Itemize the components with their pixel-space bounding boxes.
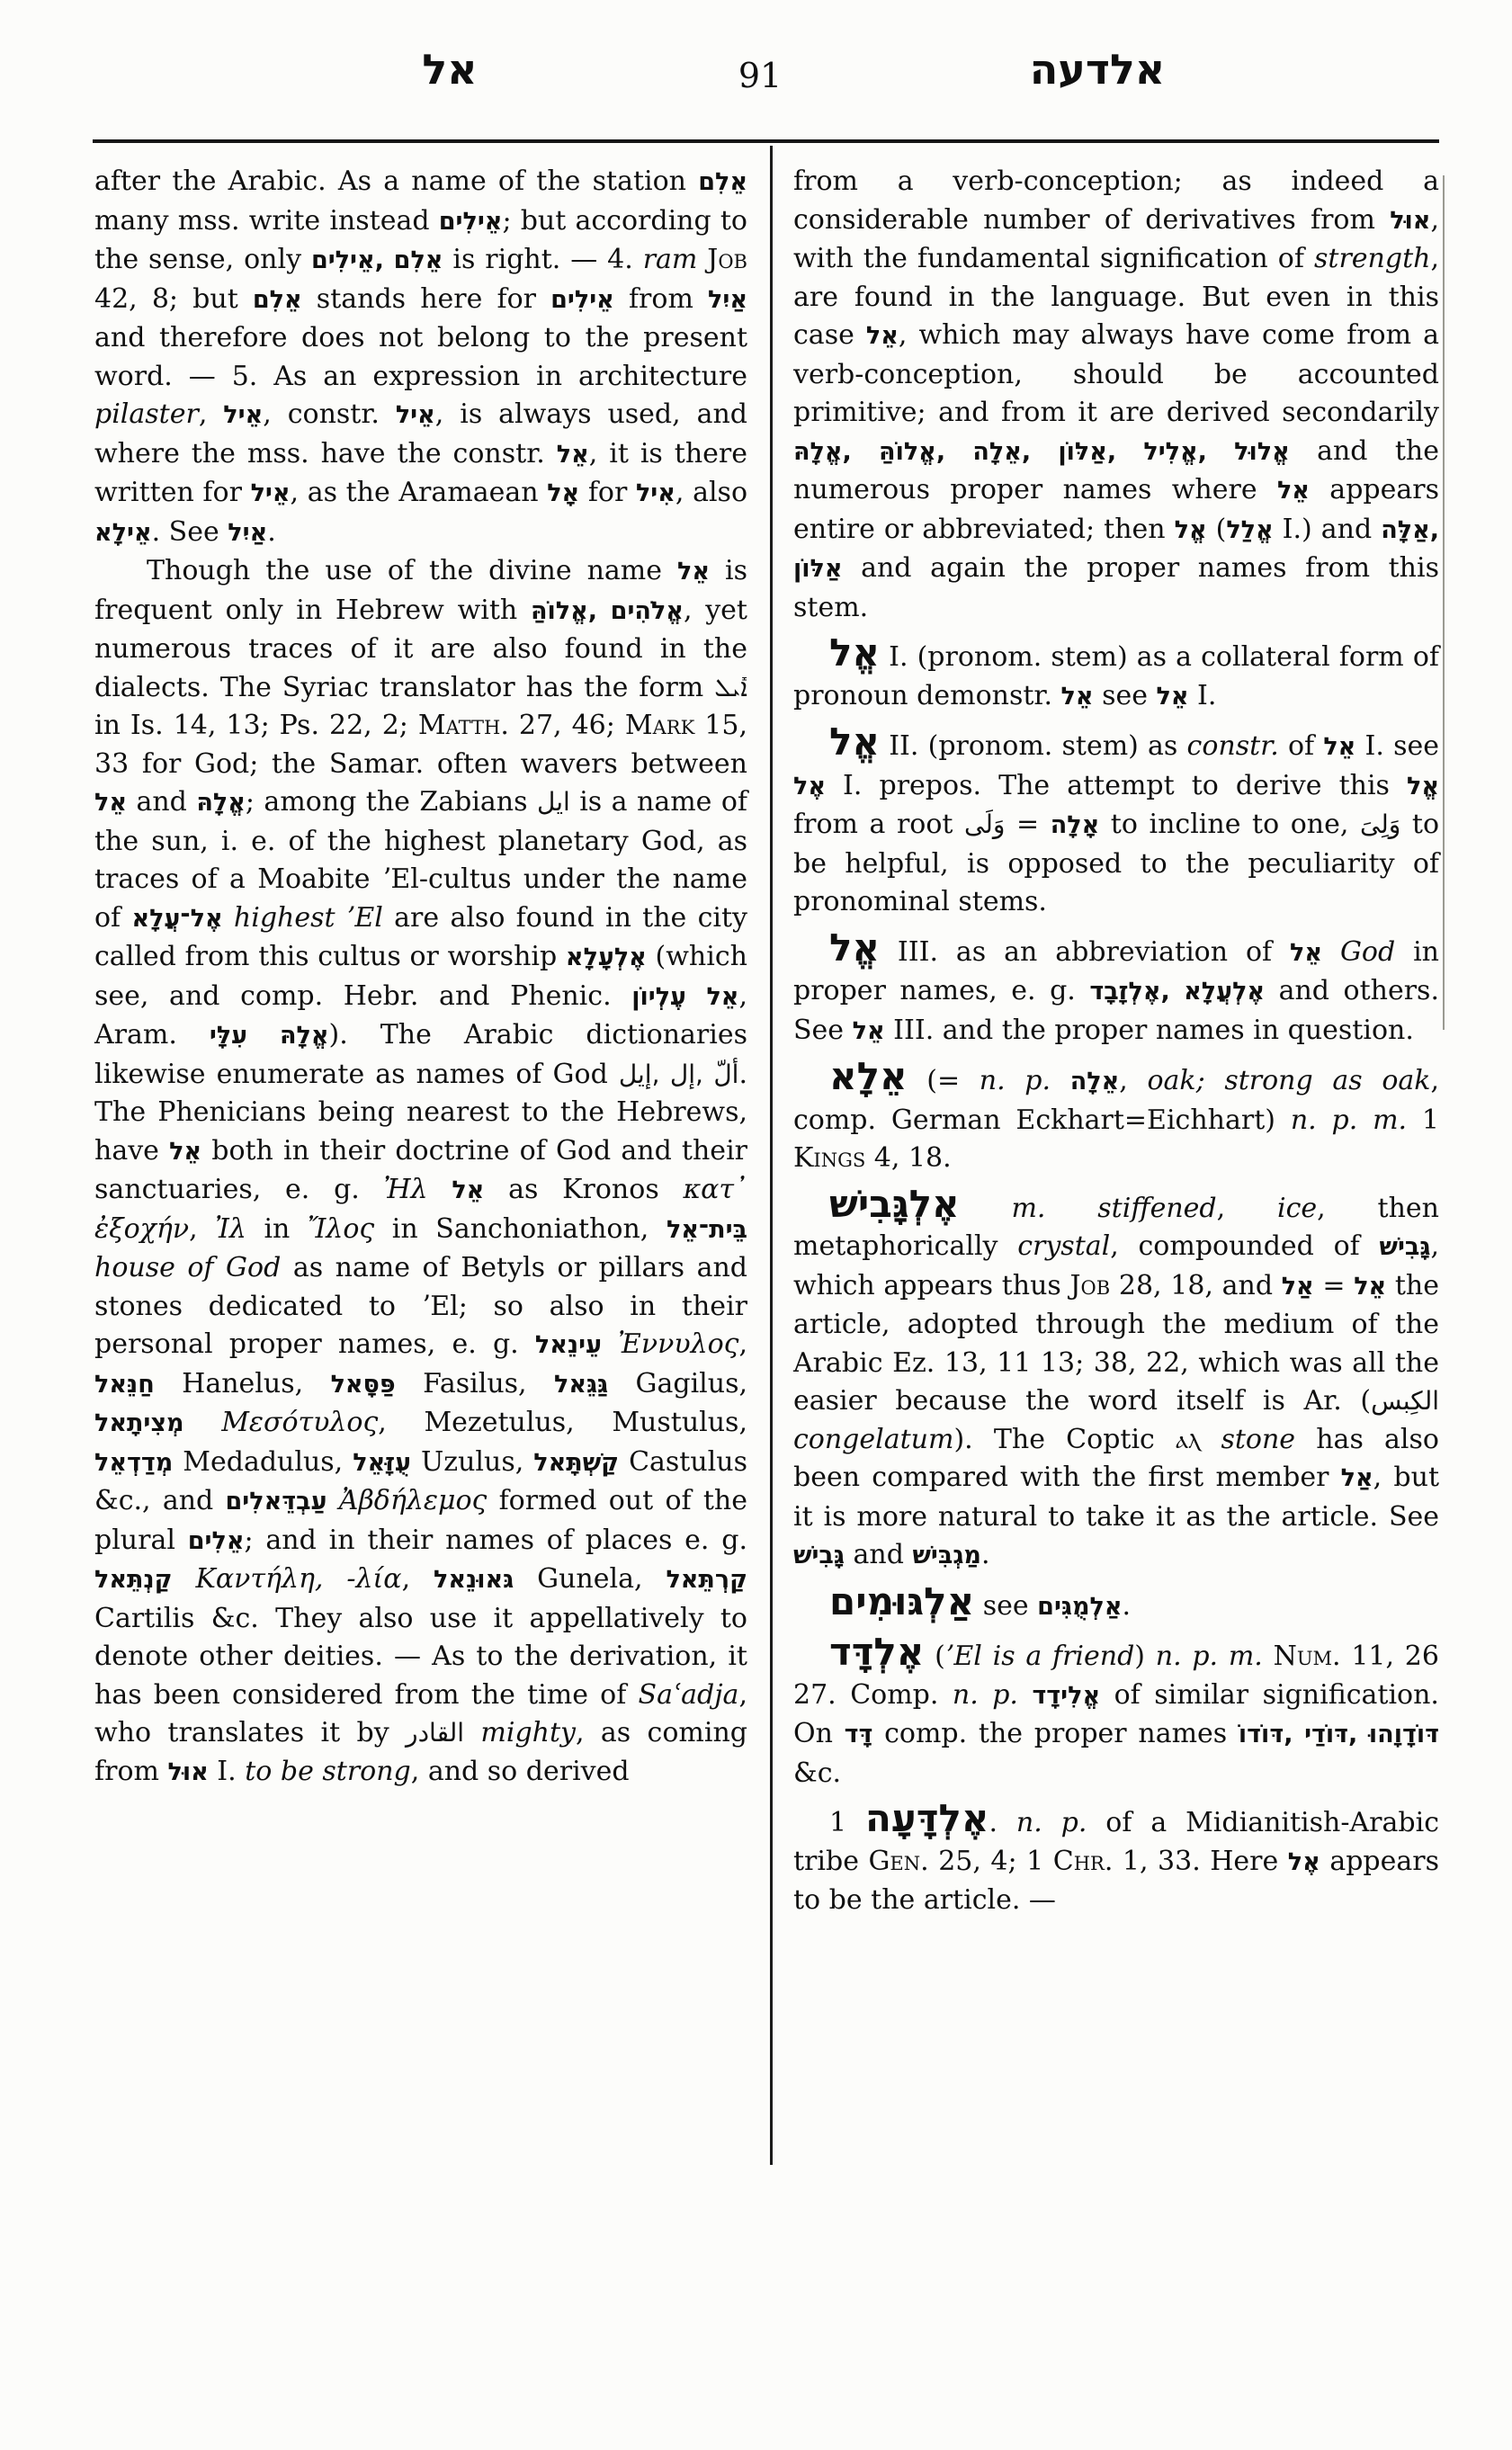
smallcaps-reference: Gen. — [868, 1846, 928, 1877]
text-run: (= — [908, 1065, 980, 1096]
entry-headword: אֱל — [829, 925, 880, 970]
text-run: in — [246, 1213, 308, 1245]
hebrew-word: קַרְתֵּאל — [666, 1566, 747, 1594]
paragraph: Though the use of the divine name אֵל is… — [94, 552, 747, 1792]
greek-word: Ἀβδήλεμος — [339, 1485, 488, 1516]
smallcaps-reference: Job — [707, 244, 747, 275]
hebrew-word: אַלְמֻגִּים — [1037, 1593, 1122, 1621]
smallcaps-reference: Job — [1070, 1270, 1111, 1301]
text-run: to incline to one, — [1099, 809, 1360, 840]
text-run: , — [1119, 1065, 1147, 1096]
text-run: , — [738, 1328, 747, 1360]
header-rule — [93, 139, 1439, 143]
italic-text: highest ʼEl — [234, 902, 383, 934]
italic-text: oak; strong as oak — [1147, 1065, 1430, 1096]
hebrew-word: אֵל — [169, 1138, 201, 1166]
smallcaps-reference: Matth. — [418, 710, 509, 741]
hebrew-word: אֵל — [1277, 477, 1310, 505]
text-run: ) — [1134, 1641, 1155, 1672]
hebrew-word: עַבְדֵּאלִים — [226, 1488, 327, 1516]
hebrew-word: אָל — [547, 479, 579, 507]
hebrew-word: חַנֵּאל — [94, 1371, 155, 1399]
hebrew-word: אֵל — [94, 789, 127, 817]
hebrew-word: אֱל — [1407, 773, 1439, 800]
greek-word: Ἐννυλος — [618, 1328, 738, 1360]
hebrew-word: אֵלָה — [1070, 1068, 1120, 1095]
hebrew-word: דּוֹדוֹ‎, דּוֹדַי‎, דּוֹדָוָהוּ — [1239, 1721, 1439, 1748]
italic-text: ram — [643, 244, 698, 275]
text-run: 4, 18. — [865, 1142, 951, 1174]
italic-text: n. p. m. — [1156, 1641, 1263, 1672]
left-column: after the Arabic. As a name of the stati… — [94, 163, 747, 1792]
hebrew-word: דָּד — [845, 1721, 873, 1748]
hebrew-word: קַשְׁתָּאל — [533, 1449, 619, 1477]
text-run: 42, 8; but — [94, 283, 253, 315]
text-run: III. as an abbreviation of — [880, 936, 1290, 968]
text-run: ). The Coptic — [953, 1424, 1176, 1455]
italic-text: house of God — [94, 1252, 281, 1283]
text-run: , and so derived — [411, 1756, 630, 1787]
text-run: see — [974, 1590, 1037, 1622]
hebrew-word: אֵיל — [223, 401, 263, 429]
hebrew-word: מְצִיתָאל — [94, 1409, 184, 1437]
text-run: . — [1123, 1590, 1132, 1622]
text-run: from — [614, 283, 708, 315]
hebrew-word: אֶל־עֲלָא — [131, 905, 222, 933]
text-run: and again the proper names from this ste… — [793, 552, 1439, 623]
page-number: 91 — [711, 56, 810, 95]
text-run — [602, 1328, 618, 1360]
hebrew-word: אֵיל — [251, 479, 291, 507]
text-run: I. prepos. The attempt to derive this — [826, 770, 1407, 801]
paragraph: from a verb-conception; as indeed a cons… — [793, 163, 1439, 627]
text-run: Gunela, — [514, 1563, 666, 1595]
text-run: of — [1279, 730, 1324, 762]
hebrew-word: אֵל — [1061, 683, 1094, 711]
text-run: Though the use of the divine name — [147, 555, 677, 586]
text-run: comp. the proper names — [872, 1718, 1239, 1749]
arabic-word: إيل‎, إل‎, ألّ — [619, 1060, 739, 1089]
dictionary-page: אל 91 אלדעה after the Arabic. As a name … — [0, 0, 1512, 2450]
arabic-word: القادر — [406, 1718, 464, 1748]
hebrew-word: אֵיל — [396, 401, 435, 429]
hebrew-word: אֵל — [853, 1017, 885, 1045]
hebrew-word: בֵּית־אֵל — [667, 1216, 747, 1244]
greek-word: Ἠλ — [384, 1174, 428, 1205]
text-run — [1018, 1679, 1032, 1711]
text-run: 27, 46; — [509, 710, 625, 741]
text-run: III. and the proper names in question. — [885, 1015, 1414, 1046]
text-run: , — [402, 1563, 434, 1595]
hebrew-word: עֻזָּאֵל — [353, 1449, 411, 1477]
hebrew-word: אֶלְעָלָא — [566, 943, 647, 971]
italic-text: constr. — [1187, 730, 1279, 762]
paragraph: after the Arabic. As a name of the stati… — [94, 163, 747, 552]
text-run — [1200, 1424, 1221, 1455]
text-run: as Kronos — [484, 1174, 683, 1205]
hebrew-word: אֵל — [1290, 939, 1322, 967]
text-run — [697, 244, 707, 275]
italic-text: to be strong — [245, 1756, 411, 1787]
entry-headword: אֱל — [829, 630, 880, 675]
entry-paragraph: אֱל II. (pronom. stem) as constr. of אֵל… — [793, 728, 1439, 922]
text-run: in Is. 14, 13; Ps. 22, 2; — [94, 710, 418, 741]
entry-headword: אֶלְדָּעָה — [865, 1796, 989, 1840]
column-divider-rule — [770, 146, 773, 2165]
hebrew-word: אַיִל — [228, 519, 267, 547]
greek-word: Ἴλος — [308, 1213, 374, 1245]
text-run: is right. — 4. — [443, 244, 642, 275]
text-run: , Mezetulus, Mustulus, — [378, 1407, 747, 1438]
italic-text: crystal — [1017, 1230, 1110, 1262]
text-run: 1, 33. Here — [1113, 1846, 1287, 1877]
italic-text: ice — [1277, 1193, 1317, 1224]
entry-headword: אֶלְדָּד — [829, 1630, 924, 1674]
hebrew-word: אֵל — [1323, 733, 1355, 761]
text-run — [1051, 1065, 1070, 1096]
italic-text: n. p. — [980, 1065, 1051, 1096]
hebrew-word: אֵילִים — [439, 208, 503, 236]
hebrew-word: גָּבִישׁ — [793, 1542, 845, 1569]
text-run — [1263, 1641, 1274, 1672]
text-run: I. — [209, 1756, 245, 1787]
hebrew-word: אֵלִים — [188, 1527, 245, 1555]
hebrew-word: אַל — [1282, 1273, 1314, 1301]
smallcaps-reference: Chr. — [1053, 1846, 1114, 1877]
hebrew-word: אֵל — [1157, 683, 1189, 711]
entry-paragraph: אֱל I. (pronom. stem) as a collateral fo… — [793, 639, 1439, 716]
text-run: II. (pronom. stem) as — [880, 730, 1187, 762]
text-run: = — [1314, 1270, 1354, 1301]
text-run: = — [1005, 809, 1050, 840]
entry-paragraph: אֶלְגָּבִישׁ m. stiffened, ice, then met… — [793, 1190, 1439, 1576]
text-run — [223, 902, 234, 934]
entry-paragraph: אֶלְדָּעָה 1. n. p. of a Midianitish-Ara… — [793, 1804, 1439, 1920]
right-column: from a verb-conception; as indeed a cons… — [793, 163, 1439, 1920]
hebrew-word: אֶל — [793, 773, 826, 800]
hebrew-word: אֶלְזָבָד‎, אֶלְעֲלָא — [1089, 978, 1265, 1006]
hebrew-word: מְדַדְאֵל — [94, 1449, 173, 1477]
text-run: &c. — [793, 1757, 841, 1789]
hebrew-word: קַנְתֵּאל — [94, 1566, 173, 1594]
hebrew-word: גּאוּנֵאל — [434, 1566, 514, 1594]
greek-word: Μεσότυλος — [221, 1407, 378, 1438]
hebrew-word: אָלָה — [1051, 811, 1100, 839]
hebrew-word: אֱלָהּ עִלָּי — [210, 1022, 329, 1050]
greek-word: Ἰλ — [215, 1213, 246, 1245]
italic-text: n. p. — [1016, 1807, 1087, 1838]
text-run: . — [267, 516, 276, 548]
text-run: in Sanchoniathon, — [374, 1213, 667, 1245]
text-run: and — [127, 786, 196, 818]
hebrew-word: אֵל — [677, 558, 710, 586]
hebrew-word: אֵל עֶלְיוֹן — [631, 983, 738, 1011]
arabic-word: وَلِىَ — [1360, 809, 1400, 839]
entry-headword: אַלְגּוּמִים — [829, 1579, 974, 1623]
text-run: from a root — [793, 809, 964, 840]
italic-text: strength — [1314, 243, 1430, 274]
text-run: , compounded of — [1110, 1230, 1379, 1262]
text-run: , — [189, 1213, 215, 1245]
text-run: many mss. write instead — [94, 205, 439, 237]
entry-headword: אֶלְגָּבִישׁ — [829, 1182, 960, 1226]
hebrew-word: אֵילִים — [550, 286, 614, 314]
hebrew-word: עֵינֵאל — [535, 1331, 602, 1359]
text-run: for — [579, 477, 636, 508]
hebrew-word: אֵלִם — [698, 168, 747, 196]
hebrew-word: אֱלָהּ — [196, 789, 246, 817]
hebrew-word: מַגְבִּישׁ — [912, 1542, 981, 1569]
text-run — [464, 1717, 480, 1748]
italic-text: pilaster — [94, 398, 199, 430]
text-run: after the Arabic. As a name of the stati… — [94, 165, 698, 197]
text-run: . — [981, 1539, 990, 1570]
coptic-word: ⲁⲗ — [1176, 1425, 1200, 1454]
text-run: Medadulus, — [173, 1446, 353, 1478]
running-head-right: אלדעה — [1007, 47, 1187, 92]
text-run: and — [845, 1539, 912, 1570]
italic-text: congelatum — [793, 1424, 953, 1455]
hebrew-word: אַיִל — [708, 286, 747, 314]
text-run — [327, 1485, 339, 1516]
hebrew-word: פַּסָּאל — [331, 1371, 396, 1399]
hebrew-word: אֵל — [1354, 1273, 1386, 1301]
text-run: , also — [675, 477, 747, 508]
entry-paragraph: אֶלְדָּד (ʼEl is a friend) n. p. m. Num.… — [793, 1638, 1439, 1793]
text-run: , constr. — [263, 398, 396, 430]
smallcaps-reference: Mark — [625, 710, 694, 741]
italic-text: n. p. — [953, 1679, 1018, 1711]
hebrew-word: אוּל — [168, 1758, 209, 1786]
text-run: I. see — [1355, 730, 1439, 762]
entry-headword: אֱל — [829, 720, 880, 764]
scan-edge-artifact — [1443, 175, 1445, 1030]
hebrew-word: אֵילָא — [94, 519, 152, 547]
hebrew-word: אֵילִים‎, אֵלִם — [311, 246, 443, 274]
entry-headword: אֵלָא — [829, 1054, 908, 1098]
text-run: , as the Aramaean — [291, 477, 548, 508]
hebrew-word: אִיל — [636, 479, 675, 507]
text-run: and therefore does not belong to the pre… — [94, 322, 747, 392]
text-run — [184, 1407, 222, 1438]
text-run: ( — [924, 1641, 944, 1672]
hebrew-word: אוּל — [1390, 207, 1430, 235]
hebrew-word: אַל — [1341, 1464, 1373, 1492]
text-run: Hanelus, — [155, 1368, 331, 1399]
entry-paragraph: אֱל III. as an abbreviation of אֵל God i… — [793, 934, 1439, 1051]
hebrew-word: אֱלִידָד — [1032, 1682, 1100, 1710]
hebrew-word: אֱלַל — [1226, 516, 1273, 544]
text-run — [428, 1174, 452, 1205]
italic-text: Saʿadja — [639, 1679, 739, 1711]
arabic-word: وَلَى — [964, 809, 1005, 839]
text-run: 28, 18, and — [1110, 1270, 1282, 1301]
greek-word: Καντήλη, -λία — [195, 1563, 401, 1595]
text-run: 25, 4; 1 — [929, 1846, 1053, 1877]
smallcaps-reference: Num. — [1274, 1641, 1341, 1672]
text-run: I. — [1189, 680, 1217, 711]
text-run — [960, 1193, 1012, 1224]
arabic-word: الكِبس — [1371, 1386, 1439, 1416]
text-run: , — [1217, 1193, 1277, 1224]
running-head-left: אל — [396, 47, 504, 92]
text-run: Gagilus, — [608, 1368, 747, 1399]
text-run: I.) and — [1274, 514, 1382, 545]
text-run: ( — [1207, 514, 1227, 545]
italic-text: God — [1340, 936, 1395, 968]
hebrew-word: אֵל — [866, 322, 899, 350]
syriac-word: ܐܺܝܠ — [714, 673, 747, 702]
hebrew-word: גַּגֵּאל — [554, 1371, 608, 1399]
hebrew-word: אֵלִם — [253, 286, 302, 314]
hebrew-word: גָּבִישׁ — [1380, 1233, 1431, 1261]
italic-text: mighty — [480, 1717, 576, 1748]
italic-text: m. stiffened — [1011, 1193, 1216, 1224]
text-run: , — [199, 398, 223, 430]
text-run: ; among the Zabians — [246, 786, 537, 818]
text-run: Uzulus, — [411, 1446, 533, 1478]
entry-paragraph: אַלְגּוּמִים see אַלְמֻגִּים. — [793, 1587, 1439, 1627]
entry-paragraph: אֵלָא (= n. p. אֵלָה, oak; strong as oak… — [793, 1062, 1439, 1178]
hebrew-word: אֱל — [1175, 516, 1207, 544]
hebrew-word: אֱלוֹהַּ‎, אֱלֹהִים — [531, 597, 684, 625]
text-run — [173, 1563, 196, 1595]
italic-text: n. p. m. — [1291, 1104, 1407, 1136]
text-run: from a verb-conception; as indeed a cons… — [793, 165, 1439, 236]
text-run: see — [1094, 680, 1157, 711]
text-run: . See — [152, 516, 228, 548]
hebrew-word: אֵל — [452, 1176, 484, 1204]
smallcaps-reference: Kings — [793, 1142, 865, 1174]
text-run: Fasilus, — [396, 1368, 554, 1399]
arabic-word: ايل — [537, 787, 570, 817]
hebrew-word: אֶל — [1288, 1848, 1320, 1876]
text-run: ; and in their names of places e. g. — [245, 1525, 748, 1556]
text-run: stands here for — [302, 283, 550, 315]
text-run — [1322, 936, 1340, 968]
hebrew-word: אֵל — [557, 441, 589, 469]
italic-text: stone — [1221, 1424, 1295, 1455]
hebrew-word: אֱלָהּ‎, אֱלוֹהַּ‎, אֵלָה‎, אַלּוֹן‎, אֱ… — [793, 438, 1290, 466]
italic-text: ʼEl is a friend — [945, 1641, 1134, 1672]
text-run: 1 — [1407, 1104, 1439, 1136]
